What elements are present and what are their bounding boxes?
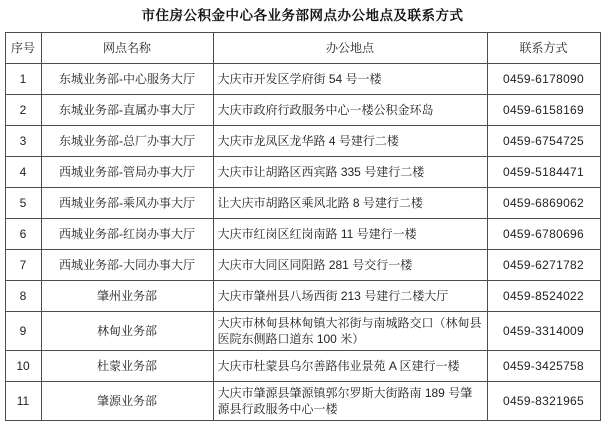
cell-name: 东城业务部-直属办事大厅 bbox=[41, 95, 213, 126]
page-title: 市住房公积金中心各业务部网点办公地点及联系方式 bbox=[0, 7, 605, 25]
cell-name: 东城业务部-总厂办事大厅 bbox=[41, 126, 213, 157]
cell-phone: 0459-5184471 bbox=[487, 157, 600, 188]
cell-phone: 0459-8321965 bbox=[487, 382, 600, 421]
cell-address: 大庆市杜蒙县乌尔善路伟业景苑 A 区建行一楼 bbox=[213, 351, 487, 382]
cell-address: 大庆市让胡路区西宾路 335 号建行二楼 bbox=[213, 157, 487, 188]
cell-seq: 1 bbox=[5, 64, 41, 95]
cell-phone: 0459-3314009 bbox=[487, 312, 600, 351]
table-row: 5 西城业务部-乘风办事大厅 让大庆市胡路区乘风北路 8 号建行二楼 0459-… bbox=[5, 188, 600, 219]
cell-seq: 5 bbox=[5, 188, 41, 219]
cell-phone: 0459-6780696 bbox=[487, 219, 600, 250]
cell-address: 大庆市开发区学府街 54 号一楼 bbox=[213, 64, 487, 95]
cell-name: 西城业务部-管局办事大厅 bbox=[41, 157, 213, 188]
table-header: 序号 网点名称 办公地点 联系方式 bbox=[5, 33, 600, 64]
document-page: 市住房公积金中心各业务部网点办公地点及联系方式 序号 网点名称 办公地点 联系方… bbox=[0, 0, 605, 440]
table-row: 7 西城业务部-大同办事大厅 大庆市大同区同阳路 281 号交行一楼 0459-… bbox=[5, 250, 600, 281]
col-header-address: 办公地点 bbox=[213, 33, 487, 64]
cell-address: 大庆市林甸县林甸镇大祁街与南城路交口（林甸县医院东侧路口道东 100 米） bbox=[213, 312, 487, 351]
table-row: 4 西城业务部-管局办事大厅 大庆市让胡路区西宾路 335 号建行二楼 0459… bbox=[5, 157, 600, 188]
cell-address: 让大庆市胡路区乘风北路 8 号建行二楼 bbox=[213, 188, 487, 219]
cell-seq: 11 bbox=[5, 382, 41, 421]
table-row: 2 东城业务部-直属办事大厅 大庆市政府行政服务中心一楼公积金环岛 0459-6… bbox=[5, 95, 600, 126]
cell-name: 西城业务部-乘风办事大厅 bbox=[41, 188, 213, 219]
cell-phone: 0459-6754725 bbox=[487, 126, 600, 157]
table-row: 6 西城业务部-红岗办事大厅 大庆市红岗区红岗南路 11 号建行一楼 0459-… bbox=[5, 219, 600, 250]
cell-address: 大庆市红岗区红岗南路 11 号建行一楼 bbox=[213, 219, 487, 250]
cell-phone: 0459-3425758 bbox=[487, 351, 600, 382]
table-row: 8 肇州业务部 大庆市肇州县八场西街 213 号建行二楼大厅 0459-8524… bbox=[5, 281, 600, 312]
branch-contact-table: 序号 网点名称 办公地点 联系方式 1 东城业务部-中心服务大厅 大庆市开发区学… bbox=[5, 32, 601, 421]
cell-seq: 9 bbox=[5, 312, 41, 351]
cell-name: 林甸业务部 bbox=[41, 312, 213, 351]
cell-name: 东城业务部-中心服务大厅 bbox=[41, 64, 213, 95]
cell-seq: 10 bbox=[5, 351, 41, 382]
col-header-name: 网点名称 bbox=[41, 33, 213, 64]
cell-address: 大庆市龙凤区龙华路 4 号建行二楼 bbox=[213, 126, 487, 157]
table-row: 9 林甸业务部 大庆市林甸县林甸镇大祁街与南城路交口（林甸县医院东侧路口道东 1… bbox=[5, 312, 600, 351]
cell-address: 大庆市大同区同阳路 281 号交行一楼 bbox=[213, 250, 487, 281]
cell-seq: 8 bbox=[5, 281, 41, 312]
cell-seq: 7 bbox=[5, 250, 41, 281]
cell-seq: 2 bbox=[5, 95, 41, 126]
table-body: 1 东城业务部-中心服务大厅 大庆市开发区学府街 54 号一楼 0459-617… bbox=[5, 64, 600, 421]
col-header-phone: 联系方式 bbox=[487, 33, 600, 64]
cell-name: 杜蒙业务部 bbox=[41, 351, 213, 382]
cell-name: 肇源业务部 bbox=[41, 382, 213, 421]
cell-name: 西城业务部-大同办事大厅 bbox=[41, 250, 213, 281]
cell-address: 大庆市肇州县八场西街 213 号建行二楼大厅 bbox=[213, 281, 487, 312]
cell-seq: 4 bbox=[5, 157, 41, 188]
table-row: 10 杜蒙业务部 大庆市杜蒙县乌尔善路伟业景苑 A 区建行一楼 0459-342… bbox=[5, 351, 600, 382]
cell-seq: 3 bbox=[5, 126, 41, 157]
header-row: 序号 网点名称 办公地点 联系方式 bbox=[5, 33, 600, 64]
cell-phone: 0459-6271782 bbox=[487, 250, 600, 281]
cell-phone: 0459-6178090 bbox=[487, 64, 600, 95]
cell-phone: 0459-6869062 bbox=[487, 188, 600, 219]
cell-phone: 0459-6158169 bbox=[487, 95, 600, 126]
cell-address: 大庆市肇源县肇源镇郭尔罗斯大街路南 189 号肇源县行政服务中心一楼 bbox=[213, 382, 487, 421]
col-header-seq: 序号 bbox=[5, 33, 41, 64]
cell-address: 大庆市政府行政服务中心一楼公积金环岛 bbox=[213, 95, 487, 126]
cell-seq: 6 bbox=[5, 219, 41, 250]
table-row: 1 东城业务部-中心服务大厅 大庆市开发区学府街 54 号一楼 0459-617… bbox=[5, 64, 600, 95]
cell-name: 肇州业务部 bbox=[41, 281, 213, 312]
cell-phone: 0459-8524022 bbox=[487, 281, 600, 312]
table-row: 11 肇源业务部 大庆市肇源县肇源镇郭尔罗斯大街路南 189 号肇源县行政服务中… bbox=[5, 382, 600, 421]
cell-name: 西城业务部-红岗办事大厅 bbox=[41, 219, 213, 250]
table-row: 3 东城业务部-总厂办事大厅 大庆市龙凤区龙华路 4 号建行二楼 0459-67… bbox=[5, 126, 600, 157]
